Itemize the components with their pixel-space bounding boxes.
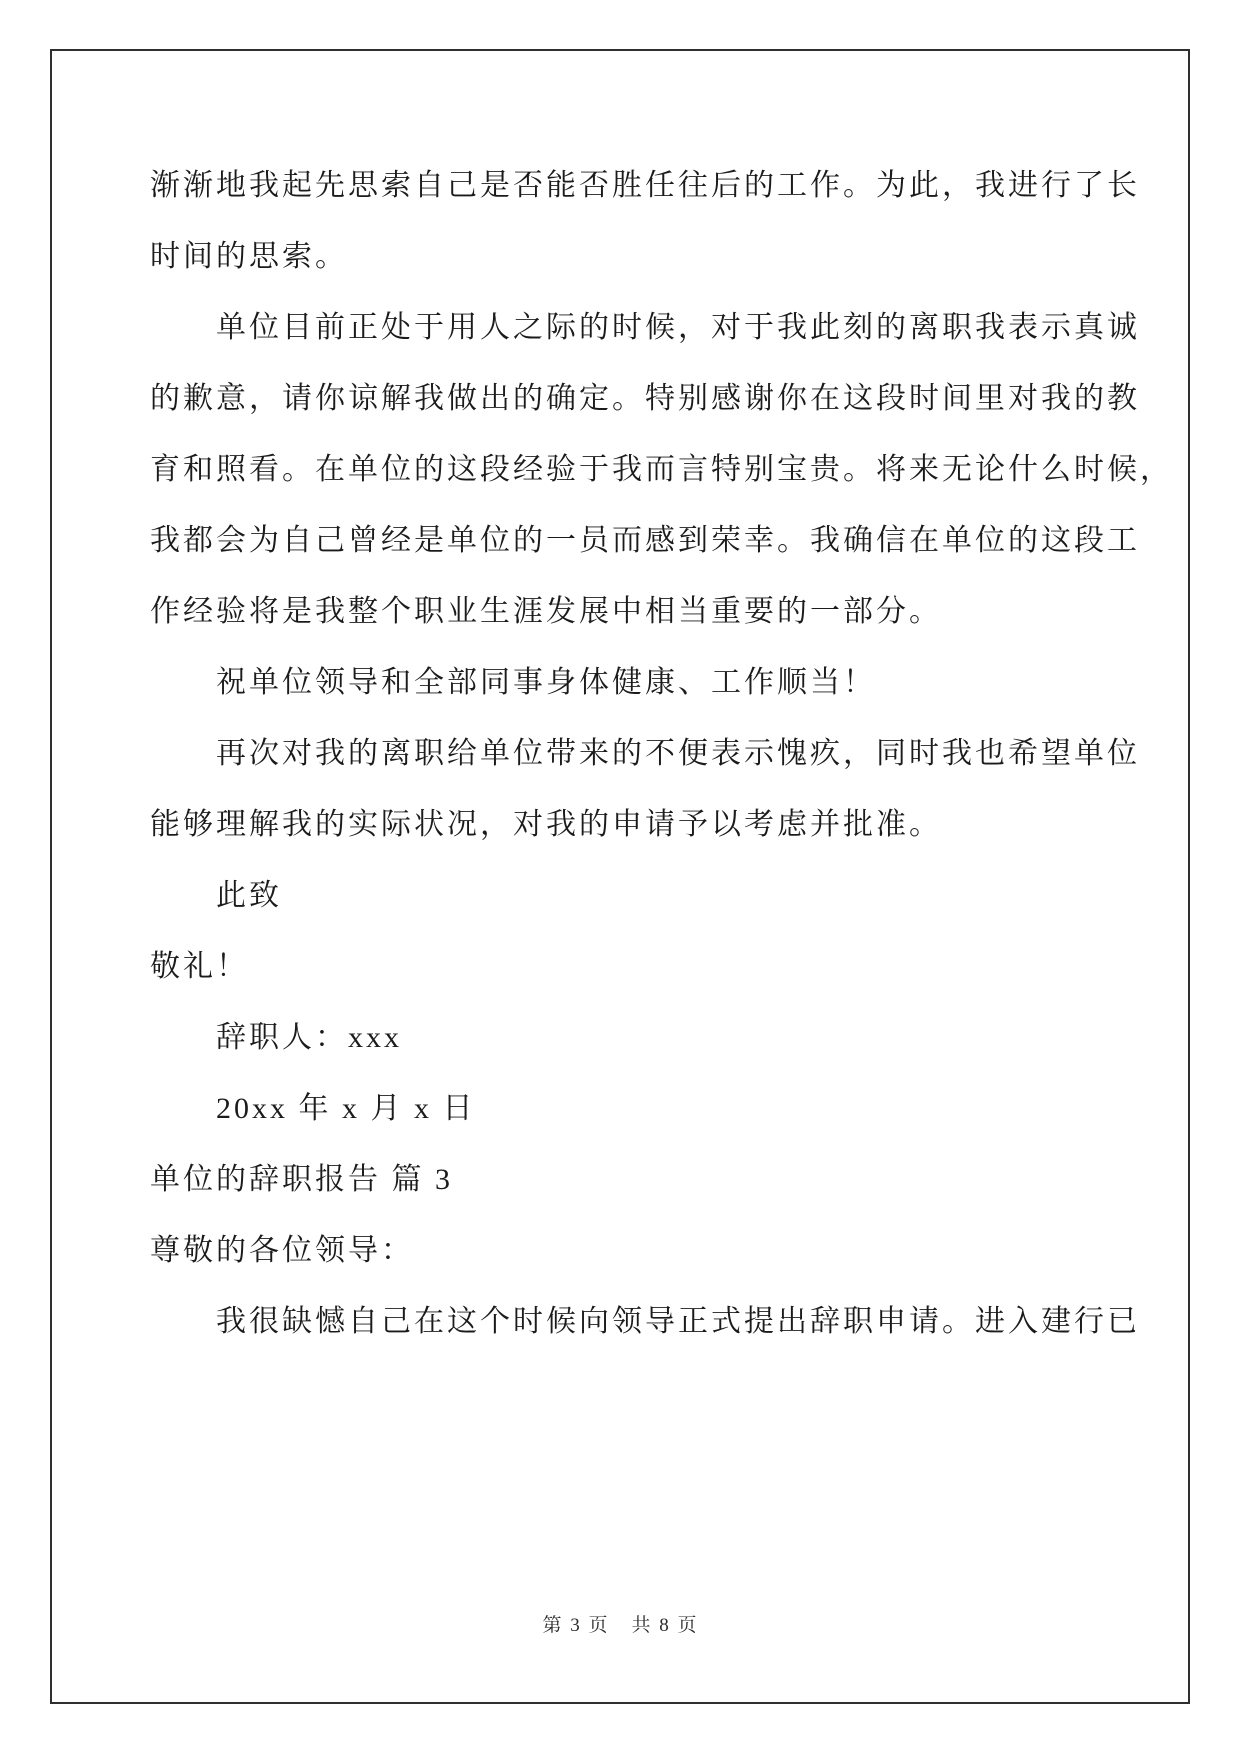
text-line: 此致 [150, 860, 1150, 931]
text-line: 敬礼！ [150, 931, 1150, 1002]
footer-page-number: 第 3 页 [542, 1615, 609, 1636]
text-line: 能够理解我的实际状况，对我的申请予以考虑并批准。 [150, 789, 1150, 860]
text-line: 单位目前正处于用人之际的时候，对于我此刻的离职我表示真诚 [150, 292, 1150, 363]
page-footer: 第 3 页共 8 页 [0, 1610, 1241, 1637]
text-line: 20xx 年 x 月 x 日 [150, 1073, 1150, 1144]
text-line: 祝单位领导和全部同事身体健康、工作顺当！ [150, 647, 1150, 718]
text-line: 渐渐地我起先思索自己是否能否胜任往后的工作。为此，我进行了长 [150, 150, 1150, 221]
text-line: 尊敬的各位领导： [150, 1215, 1150, 1286]
text-line: 时间的思索。 [150, 221, 1150, 292]
text-line: 再次对我的离职给单位带来的不便表示愧疚，同时我也希望单位 [150, 718, 1150, 789]
document-body: 渐渐地我起先思索自己是否能否胜任往后的工作。为此，我进行了长时间的思索。单位目前… [150, 150, 1150, 1357]
text-line: 我很缺憾自己在这个时候向领导正式提出辞职申请。进入建行已 [150, 1286, 1150, 1357]
text-line: 单位的辞职报告 篇 3 [150, 1144, 1150, 1215]
text-line: 作经验将是我整个职业生涯发展中相当重要的一部分。 [150, 576, 1150, 647]
footer-total-pages: 共 8 页 [632, 1615, 699, 1636]
text-line: 我都会为自己曾经是单位的一员而感到荣幸。我确信在单位的这段工 [150, 505, 1150, 576]
text-line: 育和照看。在单位的这段经验于我而言特别宝贵。将来无论什么时候， [150, 434, 1150, 505]
text-line: 辞职人：xxx [150, 1002, 1150, 1073]
document-page: 渐渐地我起先思索自己是否能否胜任往后的工作。为此，我进行了长时间的思索。单位目前… [0, 0, 1241, 1754]
text-line: 的歉意，请你谅解我做出的确定。特别感谢你在这段时间里对我的教 [150, 363, 1150, 434]
